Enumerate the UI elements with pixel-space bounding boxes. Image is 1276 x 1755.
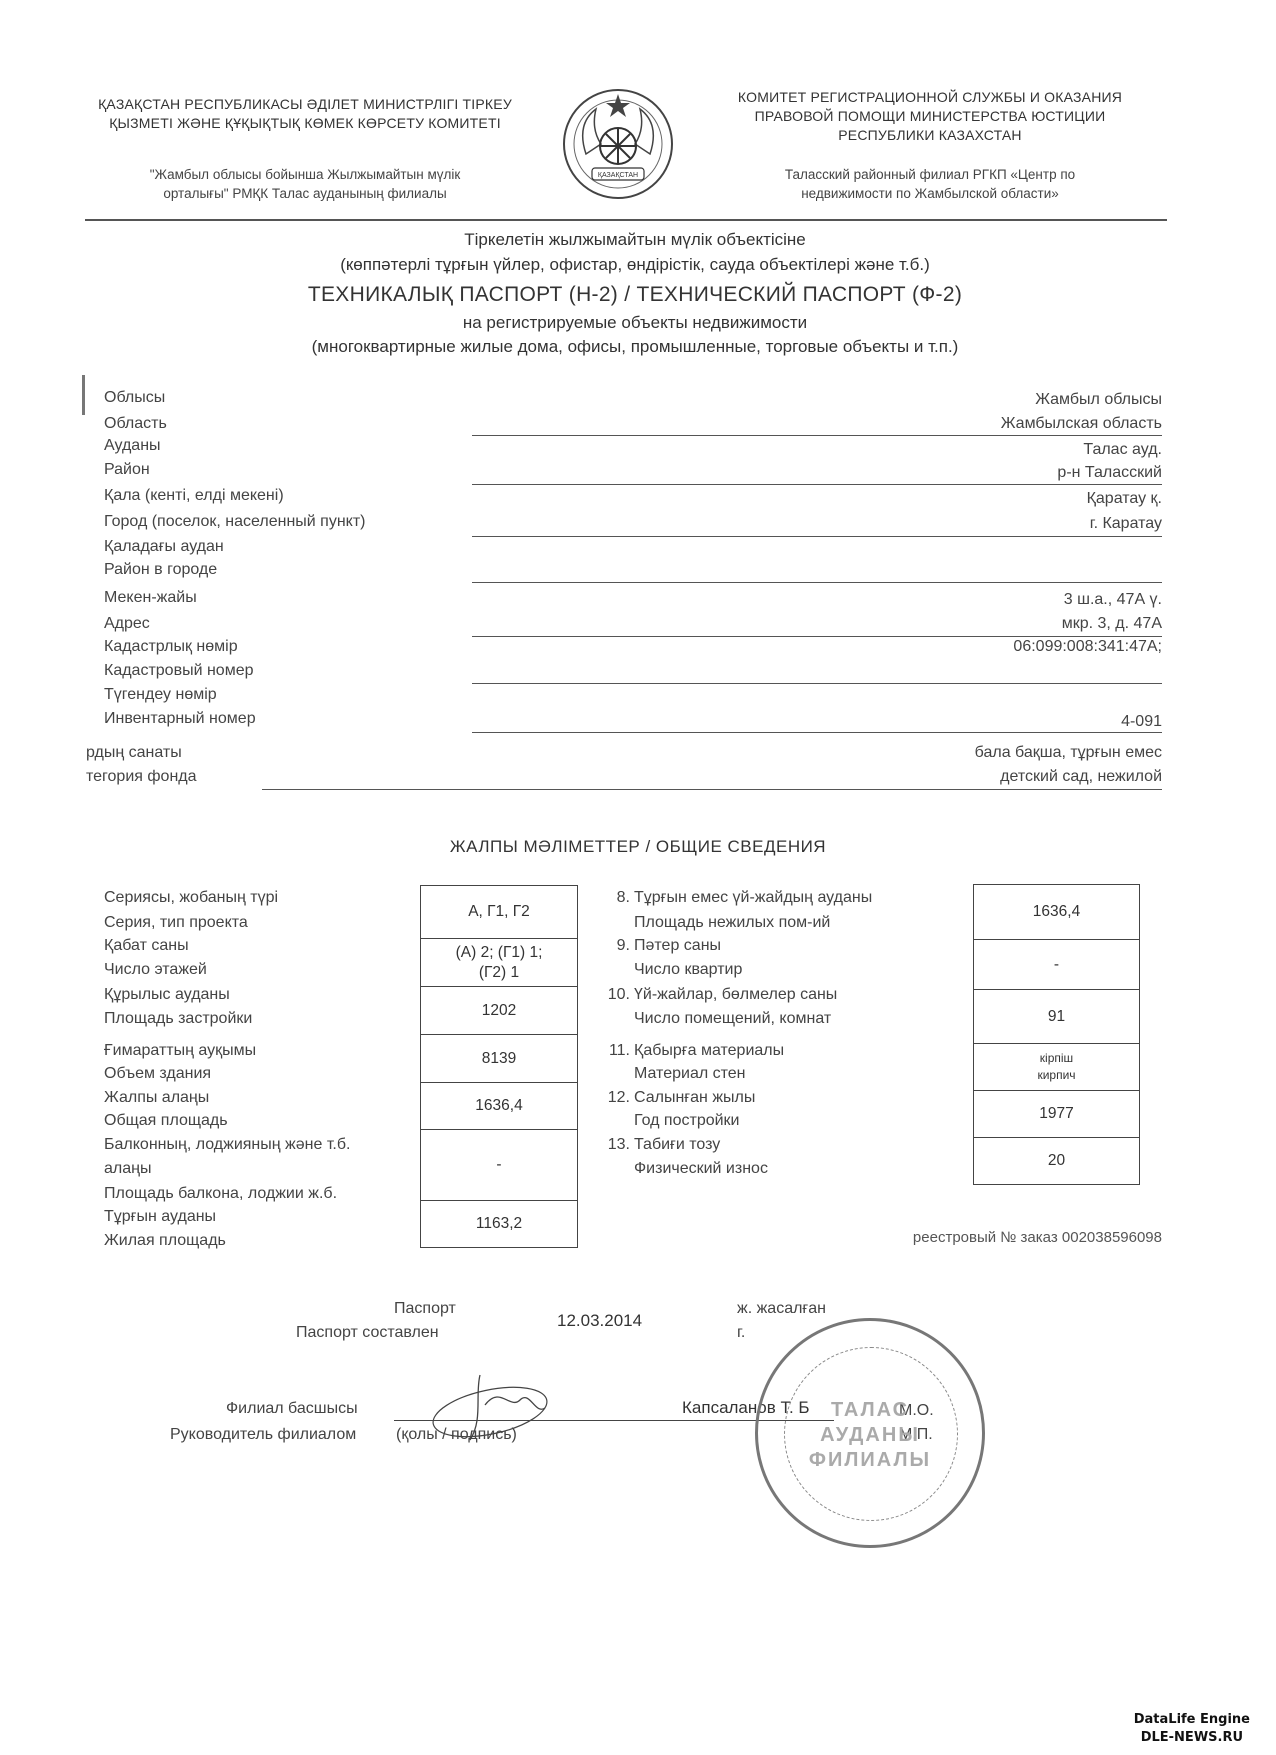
label-address-kz: Мекен-жайы: [104, 588, 197, 608]
label-address-ru: Адрес: [104, 614, 150, 634]
header-left-branch: "Жамбыл облысы бойынша Жылжымайтын мүлік…: [80, 165, 530, 203]
label-cadastral-ru: Кадастровый номер: [104, 661, 254, 681]
label-rooms-kz: Үй-жайлар, бөлмелер саны: [634, 983, 837, 1006]
item-number-13: 13.: [590, 1133, 630, 1156]
scan-margin-mark: [82, 375, 85, 415]
value-balcony: -: [421, 1130, 577, 1201]
stamp-text-line2: АУДАНЫ: [758, 1424, 982, 1447]
label-nonres-area-ru: Площадь нежилых пом-ий: [634, 911, 830, 934]
label-district-kz: Ауданы: [104, 436, 161, 456]
label-district-ru: Район: [104, 460, 150, 480]
label-inventory-ru: Инвентарный номер: [104, 709, 256, 729]
label-nonres-area-kz: Тұрғын емес үй-жайдың ауданы: [634, 886, 872, 909]
value-build-year-text: 1977: [1039, 1104, 1073, 1124]
passport-date: 12.03.2014: [557, 1311, 642, 1331]
header-right-org: КОМИТЕТ РЕГИСТРАЦИОННОЙ СЛУЖБЫ И ОКАЗАНИ…: [720, 88, 1140, 145]
label-balcony-kz-1: Балконның, лоджияның және т.б.: [104, 1133, 350, 1156]
header-right-org-line1: КОМИТЕТ РЕГИСТРАЦИОННОЙ СЛУЖБЫ И ОКАЗАНИ…: [720, 88, 1140, 107]
label-living-area-kz: Тұрғын ауданы: [104, 1205, 216, 1228]
label-wall-material-ru: Материал стен: [634, 1062, 746, 1085]
kazakhstan-emblem-icon: ҚАЗАҚСТАН: [556, 84, 680, 204]
label-built-area-ru: Площадь застройки: [104, 1007, 252, 1030]
value-district-kz: Талас ауд.: [1083, 440, 1162, 460]
value-apartments: -: [974, 940, 1139, 990]
value-total-area-text: 1636,4: [475, 1096, 522, 1116]
general-left-values: А, Г1, Г2 (А) 2; (Г1) 1; (Г2) 1 1202 813…: [420, 885, 578, 1248]
label-total-area-ru: Общая площадь: [104, 1109, 228, 1132]
label-wear-kz: Табиғи тозу: [634, 1133, 720, 1156]
label-wear-ru: Физический износ: [634, 1157, 768, 1180]
value-wall-material: кірпіш кирпич: [974, 1044, 1139, 1091]
value-built-area-text: 1202: [482, 1001, 516, 1021]
header-divider: [85, 219, 1167, 221]
header-left-org: ҚАЗАҚСТАН РЕСПУБЛИКАСЫ ӘДІЛЕТ МИНИСТРЛІГ…: [70, 95, 540, 133]
label-region-ru: Область: [104, 414, 167, 434]
value-wear: 20: [974, 1138, 1139, 1185]
registry-number: реестровый № заказ 002038596098: [913, 1229, 1162, 1246]
label-build-year-kz: Салынған жылы: [634, 1086, 755, 1109]
document-title: ТЕХНИКАЛЫҚ ПАСПОРТ (Н-2) / ТЕХНИЧЕСКИЙ П…: [150, 283, 1120, 307]
label-apartments-ru: Число квартир: [634, 958, 742, 981]
value-city-kz: Қаратау қ.: [1087, 489, 1162, 509]
header-right-org-line2: ПРАВОВОЙ ПОМОЩИ МИНИСТЕРСТВА ЮСТИЦИИ: [720, 107, 1140, 126]
value-floors: (А) 2; (Г1) 1; (Г2) 1: [421, 939, 577, 987]
value-series-text: А, Г1, Г2: [468, 902, 530, 922]
value-rooms-text: 91: [1048, 1007, 1065, 1027]
underline-city-district: [472, 582, 1162, 583]
label-build-year-ru: Год постройки: [634, 1109, 739, 1132]
title-line2: (көппәтерлі тұрғын үйлер, офистар, өндір…: [150, 255, 1120, 275]
value-region-ru: Жамбылская область: [1001, 414, 1162, 434]
label-built-area-kz: Құрылыс ауданы: [104, 983, 230, 1006]
item-number-8: 8.: [590, 886, 630, 909]
item-number-10: 10.: [590, 983, 630, 1006]
value-total-area: 1636,4: [421, 1083, 577, 1130]
made-label-ru: г.: [737, 1324, 745, 1342]
value-nonres-area-text: 1636,4: [1033, 902, 1080, 922]
value-district-ru: р-н Таласский: [1057, 463, 1162, 483]
value-build-year: 1977: [974, 1091, 1139, 1138]
value-inventory: 4-091: [1121, 712, 1162, 732]
label-inventory-kz: Түгендеу нөмір: [104, 685, 217, 705]
header-right-branch-line2: недвижимости по Жамбылской области»: [730, 184, 1130, 203]
value-living-area-text: 1163,2: [476, 1214, 522, 1234]
label-balcony-kz-2: алаңы: [104, 1157, 151, 1180]
value-wall-material-kz: кірпіш: [1040, 1050, 1073, 1067]
label-wall-material-kz: Қабырға материалы: [634, 1039, 784, 1062]
label-floors-kz: Қабат саны: [104, 934, 189, 957]
value-address-ru: мкр. 3, д. 47А: [1062, 614, 1162, 634]
label-total-area-kz: Жалпы алаңы: [104, 1086, 209, 1109]
label-city-ru: Город (поселок, населенный пункт): [104, 512, 366, 532]
label-city-district-kz: Қаладағы аудан: [104, 537, 224, 557]
label-region-kz: Облысы: [104, 388, 165, 408]
header-left-org-line2: ҚЫЗМЕТІ ЖӘНЕ ҚҰҚЫҚТЫҚ КӨМЕК КӨРСЕТУ КОМИ…: [70, 114, 540, 133]
label-living-area-ru: Жилая площадь: [104, 1229, 226, 1252]
title-line4: на регистрируемые объекты недвижимости: [150, 313, 1120, 333]
value-apartments-text: -: [1054, 955, 1059, 975]
svg-text:ҚАЗАҚСТАН: ҚАЗАҚСТАН: [598, 172, 638, 179]
underline-district: [472, 484, 1162, 485]
label-category-ru: тегория фонда: [86, 767, 197, 787]
value-nonres-area: 1636,4: [974, 885, 1139, 940]
value-volume: 8139: [421, 1035, 577, 1083]
underline-region: [472, 435, 1162, 436]
value-floors-line2: (Г2) 1: [479, 963, 519, 983]
value-wall-material-ru: кирпич: [1037, 1067, 1075, 1084]
value-region-kz: Жамбыл облысы: [1035, 390, 1162, 410]
header-left-branch-line2: орталығы" РМҚК Талас ауданының филиалы: [80, 184, 530, 203]
header-left-branch-line1: "Жамбыл облысы бойынша Жылжымайтын мүлік: [80, 165, 530, 184]
value-cadastral: 06:099:008:341:47А;: [1013, 637, 1162, 657]
official-stamp-icon: ТАЛАС АУДАНЫ ФИЛИАЛЫ: [755, 1318, 985, 1548]
made-label-kz: ж. жасалған: [737, 1300, 826, 1318]
label-city-kz: Қала (кенті, елді мекені): [104, 486, 284, 506]
value-living-area: 1163,2: [421, 1201, 577, 1248]
value-rooms: 91: [974, 990, 1139, 1044]
label-cadastral-kz: Кадастрлық нөмір: [104, 637, 238, 657]
passport-label-ru: Паспорт составлен: [296, 1324, 439, 1342]
title-line1: Тіркелетін жылжымайтын мүлік объектісіне: [150, 230, 1120, 250]
underline-category: [262, 789, 1162, 790]
head-label-ru: Руководитель филиалом: [170, 1426, 356, 1444]
value-built-area: 1202: [421, 987, 577, 1035]
label-city-district-ru: Район в городе: [104, 560, 217, 580]
label-series-ru: Серия, тип проекта: [104, 911, 248, 934]
value-city-ru: г. Каратау: [1090, 514, 1162, 534]
header-right-branch-line1: Таласский районный филиал РГКП «Центр по: [730, 165, 1130, 184]
value-category-kz: бала бақша, тұрғын емес: [975, 743, 1162, 763]
underline-cadastral: [472, 683, 1162, 684]
value-volume-text: 8139: [482, 1049, 516, 1069]
header-right-branch: Таласский районный филиал РГКП «Центр по…: [730, 165, 1130, 203]
value-balcony-text: -: [496, 1155, 501, 1175]
underline-inventory: [472, 732, 1162, 733]
value-address-kz: 3 ш.а., 47А ү.: [1064, 590, 1162, 610]
header-right-org-line3: РЕСПУБЛИКИ КАЗАХСТАН: [720, 126, 1140, 145]
value-wear-text: 20: [1048, 1151, 1065, 1171]
label-series-kz: Сериясы, жобаның түрі: [104, 886, 278, 909]
title-line5: (многоквартирные жилые дома, офисы, пром…: [150, 337, 1120, 357]
value-series: А, Г1, Г2: [421, 886, 577, 939]
stamp-text-line1: ТАЛАС: [758, 1399, 982, 1422]
label-balcony-ru: Площадь балкона, лоджии ж.б.: [104, 1182, 337, 1205]
label-category-kz: рдың санаты: [86, 743, 182, 763]
header-left-org-line1: ҚАЗАҚСТАН РЕСПУБЛИКАСЫ ӘДІЛЕТ МИНИСТРЛІГ…: [70, 95, 540, 114]
section-title-general: ЖАЛПЫ МӘЛІМЕТТЕР / ОБЩИЕ СВЕДЕНИЯ: [0, 837, 1276, 857]
watermark-line1: DataLife Engine: [1134, 1711, 1250, 1729]
label-apartments-kz: Пәтер саны: [634, 934, 721, 957]
general-right-values: 1636,4 - 91 кірпіш кирпич 1977 20: [973, 884, 1140, 1185]
label-volume-ru: Объем здания: [104, 1062, 211, 1085]
value-category-ru: детский сад, нежилой: [1000, 767, 1162, 787]
underline-city: [472, 536, 1162, 537]
label-rooms-ru: Число помещений, комнат: [634, 1007, 831, 1030]
stamp-text-line3: ФИЛИАЛЫ: [758, 1449, 982, 1472]
head-label-kz: Филиал басшысы: [226, 1400, 358, 1418]
watermark: DataLife Engine DLE-NEWS.RU: [1134, 1711, 1250, 1747]
label-floors-ru: Число этажей: [104, 958, 207, 981]
watermark-line2: DLE-NEWS.RU: [1134, 1729, 1250, 1747]
item-number-9: 9.: [590, 934, 630, 957]
item-number-11: 11.: [590, 1039, 630, 1062]
passport-label-kz: Паспорт: [394, 1300, 456, 1318]
item-number-12: 12.: [590, 1086, 630, 1109]
label-volume-kz: Ғимараттың ауқымы: [104, 1039, 256, 1062]
signature-scribble-icon: [425, 1370, 565, 1450]
value-floors-line1: (А) 2; (Г1) 1;: [456, 943, 543, 963]
